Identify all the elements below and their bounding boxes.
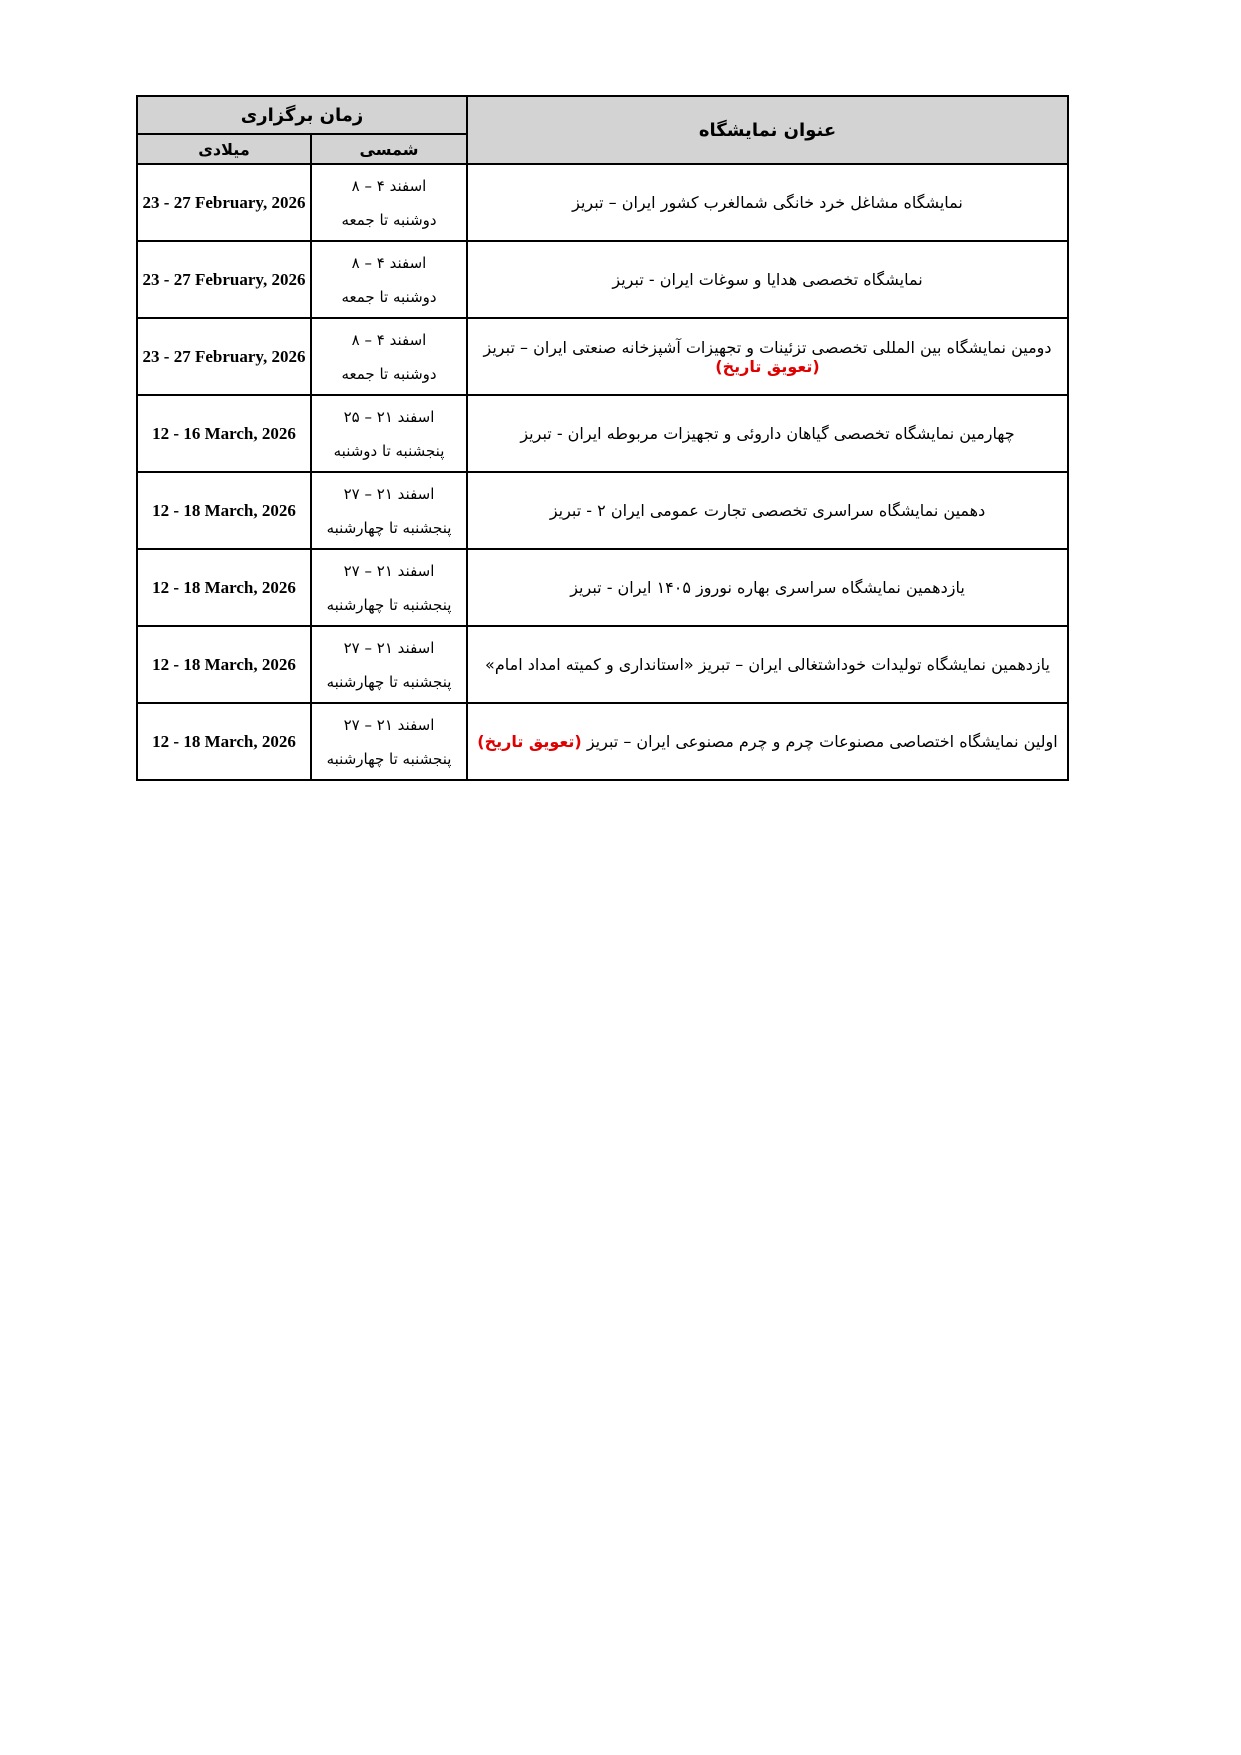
- column-header-gregorian: میلادی: [137, 134, 311, 164]
- exhibition-title-cell: نمایشگاه تخصصی هدایا و سوغات ایران - تبر…: [467, 241, 1068, 318]
- shamsi-date-cell: اسفند ۲۱ – ۲۷ پنجشنبه تا چهارشنبه: [311, 626, 467, 703]
- shamsi-date-range: اسفند ۴ – ۸: [312, 176, 466, 196]
- exhibition-title-cell: دهمین نمایشگاه سراسری تخصصی تجارت عمومی …: [467, 472, 1068, 549]
- shamsi-weekdays: دوشنبه تا جمعه: [312, 364, 466, 384]
- exhibition-title: نمایشگاه مشاغل خرد خانگی شمالغرب کشور ای…: [572, 193, 963, 212]
- exhibition-title-cell: یازدهمین نمایشگاه سراسری بهاره نوروز ۱۴۰…: [467, 549, 1068, 626]
- exhibition-title-cell: یازدهمین نمایشگاه تولیدات خوداشتغالی ایر…: [467, 626, 1068, 703]
- table-row: چهارمین نمایشگاه تخصصی گیاهان داروئی و ت…: [137, 395, 1068, 472]
- shamsi-date-cell: اسفند ۲۱ – ۲۷ پنجشنبه تا چهارشنبه: [311, 703, 467, 780]
- gregorian-date-cell: 12 - 16 March, 2026: [137, 395, 311, 472]
- gregorian-date-cell: 12 - 18 March, 2026: [137, 703, 311, 780]
- shamsi-date-cell: اسفند ۲۱ – ۲۵ پنجشنبه تا دوشنبه: [311, 395, 467, 472]
- exhibition-title-cell: دومین نمایشگاه بین المللی تخصصی تزئینات …: [467, 318, 1068, 395]
- table-row: یازدهمین نمایشگاه سراسری بهاره نوروز ۱۴۰…: [137, 549, 1068, 626]
- gregorian-date-cell: 23 - 27 February, 2026: [137, 164, 311, 241]
- column-header-exhibition-title: عنوان نمایشگاه: [467, 96, 1068, 164]
- shamsi-weekdays: پنجشنبه تا چهارشنبه: [312, 518, 466, 538]
- shamsi-date-range: اسفند ۲۱ – ۲۷: [312, 561, 466, 581]
- shamsi-date-cell: اسفند ۲۱ – ۲۷ پنجشنبه تا چهارشنبه: [311, 549, 467, 626]
- shamsi-weekdays: پنجشنبه تا چهارشنبه: [312, 672, 466, 692]
- table-row: نمایشگاه تخصصی هدایا و سوغات ایران - تبر…: [137, 241, 1068, 318]
- exhibition-title: یازدهمین نمایشگاه سراسری بهاره نوروز ۱۴۰…: [570, 578, 965, 597]
- gregorian-date-cell: 23 - 27 February, 2026: [137, 241, 311, 318]
- gregorian-date-cell: 12 - 18 March, 2026: [137, 472, 311, 549]
- shamsi-date-range: اسفند ۲۱ – ۲۵: [312, 407, 466, 427]
- exhibition-title: چهارمین نمایشگاه تخصصی گیاهان داروئی و ت…: [520, 424, 1014, 443]
- shamsi-weekdays: پنجشنبه تا چهارشنبه: [312, 749, 466, 769]
- shamsi-date-range: اسفند ۲۱ – ۲۷: [312, 484, 466, 504]
- shamsi-date-range: اسفند ۴ – ۸: [312, 253, 466, 273]
- exhibition-title-cell: نمایشگاه مشاغل خرد خانگی شمالغرب کشور ای…: [467, 164, 1068, 241]
- exhibition-title-cell: اولین نمایشگاه اختصاصی مصنوعات چرم و چرم…: [467, 703, 1068, 780]
- shamsi-date-range: اسفند ۲۱ – ۲۷: [312, 638, 466, 658]
- header-row-top: عنوان نمایشگاه زمان برگزاری: [137, 96, 1068, 134]
- shamsi-date-cell: اسفند ۴ – ۸ دوشنبه تا جمعه: [311, 164, 467, 241]
- shamsi-weekdays: پنجشنبه تا چهارشنبه: [312, 595, 466, 615]
- table-body: نمایشگاه مشاغل خرد خانگی شمالغرب کشور ای…: [137, 164, 1068, 780]
- shamsi-date-cell: اسفند ۴ – ۸ دوشنبه تا جمعه: [311, 241, 467, 318]
- column-header-time-group: زمان برگزاری: [137, 96, 467, 134]
- gregorian-date-cell: 12 - 18 March, 2026: [137, 626, 311, 703]
- table-header: عنوان نمایشگاه زمان برگزاری شمسی میلادی: [137, 96, 1068, 164]
- exhibition-title-cell: چهارمین نمایشگاه تخصصی گیاهان داروئی و ت…: [467, 395, 1068, 472]
- shamsi-date-range: اسفند ۲۱ – ۲۷: [312, 715, 466, 735]
- table-row: اولین نمایشگاه اختصاصی مصنوعات چرم و چرم…: [137, 703, 1068, 780]
- exhibition-title: دهمین نمایشگاه سراسری تخصصی تجارت عمومی …: [550, 501, 985, 520]
- gregorian-date-cell: 23 - 27 February, 2026: [137, 318, 311, 395]
- exhibition-title: دومین نمایشگاه بین المللی تخصصی تزئینات …: [484, 338, 1052, 357]
- table-row: دومین نمایشگاه بین المللی تخصصی تزئینات …: [137, 318, 1068, 395]
- gregorian-date-cell: 12 - 18 March, 2026: [137, 549, 311, 626]
- document-page: { "table": { "header": { "time_group_lab…: [0, 0, 1241, 1755]
- table-row: یازدهمین نمایشگاه تولیدات خوداشتغالی ایر…: [137, 626, 1068, 703]
- shamsi-weekdays: دوشنبه تا جمعه: [312, 210, 466, 230]
- column-header-shamsi: شمسی: [311, 134, 467, 164]
- postponed-note: (تعویق تاریخ): [477, 732, 581, 751]
- exhibition-title: اولین نمایشگاه اختصاصی مصنوعات چرم و چرم…: [587, 732, 1058, 751]
- shamsi-weekdays: پنجشنبه تا دوشنبه: [312, 441, 466, 461]
- shamsi-date-range: اسفند ۴ – ۸: [312, 330, 466, 350]
- shamsi-weekdays: دوشنبه تا جمعه: [312, 287, 466, 307]
- shamsi-date-cell: اسفند ۴ – ۸ دوشنبه تا جمعه: [311, 318, 467, 395]
- exhibition-title: نمایشگاه تخصصی هدایا و سوغات ایران - تبر…: [612, 270, 922, 289]
- table-row: نمایشگاه مشاغل خرد خانگی شمالغرب کشور ای…: [137, 164, 1068, 241]
- shamsi-date-cell: اسفند ۲۱ – ۲۷ پنجشنبه تا چهارشنبه: [311, 472, 467, 549]
- table-row: دهمین نمایشگاه سراسری تخصصی تجارت عمومی …: [137, 472, 1068, 549]
- exhibition-title: یازدهمین نمایشگاه تولیدات خوداشتغالی ایر…: [485, 655, 1050, 674]
- postponed-note: (تعویق تاریخ): [715, 357, 819, 376]
- exhibition-schedule-table: عنوان نمایشگاه زمان برگزاری شمسی میلادی …: [136, 95, 1069, 781]
